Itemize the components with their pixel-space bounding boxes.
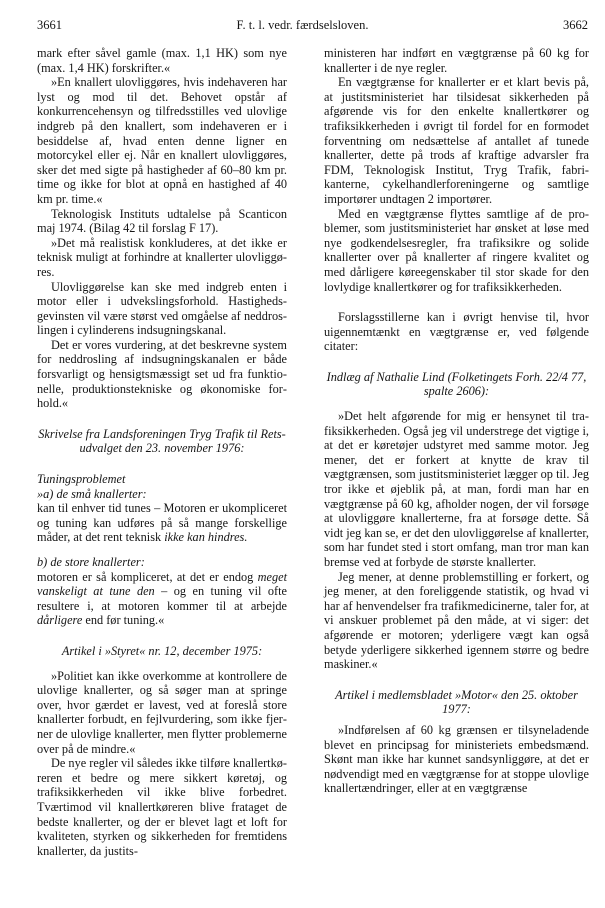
quote-paragraph: »Politiet kan ikke overkomme at kontroll… xyxy=(37,669,287,757)
page-number-right: 3662 xyxy=(563,18,588,33)
paragraph: ministeren har indført en vægtgrænse på … xyxy=(324,46,589,75)
section-heading: Artikel i medlemsbladet »Motor« den 25. … xyxy=(324,688,589,717)
text-run: motoren er så kompliceret, at det er end… xyxy=(37,570,258,584)
section-heading: Skrivelse fra Landsforeningen Tryg Trafi… xyxy=(37,427,287,456)
quote-paragraph: »En knallert ulovliggøres, hvis indehave… xyxy=(37,75,287,206)
quote-paragraph: »Indførelsen af 60 kg grænsen er tilsyne… xyxy=(324,723,589,796)
quote-paragraph: »Det må realistisk konkluderes, at det i… xyxy=(37,236,287,280)
paragraph: Forslagsstillerne kan i øvrigt henvise t… xyxy=(324,310,589,354)
paragraph: kan til enhver tid tunes – Motoren er uk… xyxy=(37,501,287,545)
quote-paragraph: »Det helt afgørende for mig er hensynet … xyxy=(324,409,589,570)
paragraph: Ulovliggørelse kan ske med indgreb enten… xyxy=(37,280,287,338)
section-heading: Artikel i »Styret« nr. 12, december 1975… xyxy=(37,644,287,659)
left-column: mark efter såvel gamle (max. 1,1 HK) som… xyxy=(37,46,287,858)
paragraph: motoren er så kompliceret, at det er end… xyxy=(37,570,287,628)
subheading: Tuningsproblemet xyxy=(37,472,287,487)
emphasis: ikke kan hindres. xyxy=(164,530,247,544)
text-run: kan til enhver tid tunes – Motoren er uk… xyxy=(37,501,287,544)
subheading: b) de store knallerter: xyxy=(37,555,287,570)
paragraph: De nye regler vil således ikke tilføre k… xyxy=(37,756,287,858)
paragraph: Det er vores vurdering, at det beskrevne… xyxy=(37,338,287,411)
paragraph: Jeg mener, at denne problemstilling er f… xyxy=(324,570,589,672)
paragraph: mark efter såvel gamle (max. 1,1 HK) som… xyxy=(37,46,287,75)
text-run: end før tuning.« xyxy=(82,613,164,627)
emphasis: dårligere xyxy=(37,613,82,627)
citation-paragraph: Teknologisk Instituts udtalelse på Scant… xyxy=(37,207,287,236)
paragraph: En vægtgrænse for knallerter er et klart… xyxy=(324,75,589,206)
section-heading: Indlæg af Nathalie Lind (Folketingets Fo… xyxy=(324,370,589,399)
paragraph: Med en vægtgrænse flyttes samtlige af de… xyxy=(324,207,589,295)
page-header: 3661 F. t. l. vedr. færdselsloven. 3662 xyxy=(0,18,605,34)
right-column: ministeren har indført en vægtgrænse på … xyxy=(324,46,589,796)
subheading: »a) de små knallerter: xyxy=(37,487,287,502)
running-title: F. t. l. vedr. færdselsloven. xyxy=(0,18,605,33)
